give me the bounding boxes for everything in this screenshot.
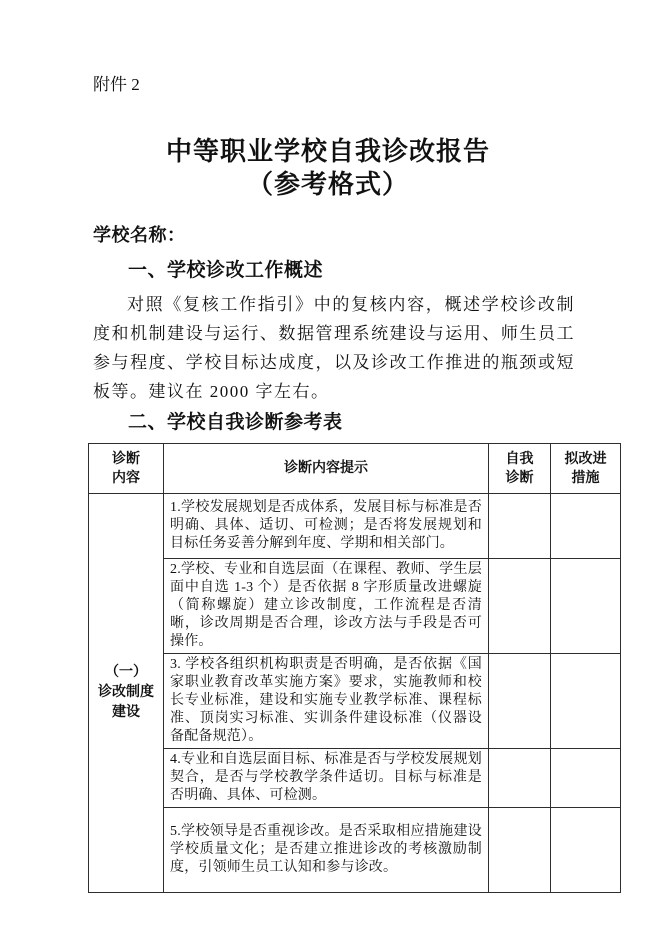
measures-cell [551,808,621,893]
prompt-cell: 1.学校发展规划是否成体系，发展目标与标准是否明确、具体、适切、可检测；是否将发… [164,494,489,559]
measures-cell [551,749,621,808]
attachment-label: 附件 2 [93,75,656,95]
table-row: 4.专业和自选层面目标、标准是否与学校发展规划契合，是否与学校教学条件适切。目标… [89,749,621,808]
prompt-cell: 2.学校、专业和自选层面（在课程、教师、学生层面中自选 1-3 个）是否依据 8… [164,559,489,654]
prompt-cell: 5.学校领导是否重视诊改。是否采取相应措施建设学校质量文化；是否建立推进诊改的考… [164,808,489,893]
section1-heading: 一、学校诊改工作概述 [128,259,656,283]
section1-paragraph: 对照《复核工作指引》中的复核内容，概述学校诊改制度和机制建设与运行、数据管理系统… [93,290,575,406]
document-title-line2: （参考格式） [0,168,656,201]
self-diagnosis-cell [489,749,551,808]
table-header-row: 诊断 内容 诊断内容提示 自我 诊断 拟改进 措施 [89,444,621,494]
section2-heading: 二、学校自我诊断参考表 [128,411,656,435]
table-row: （一） 诊改制度 建设 1.学校发展规划是否成体系，发展目标与标准是否明确、具体… [89,494,621,559]
header-diagnosis-content: 诊断 内容 [89,444,164,494]
document-title: 中等职业学校自我诊改报告 （参考格式） [0,135,656,201]
table-row: 2.学校、专业和自选层面（在课程、教师、学生层面中自选 1-3 个）是否依据 8… [89,559,621,654]
document-title-line1: 中等职业学校自我诊改报告 [0,135,656,168]
measures-cell [551,494,621,559]
header-diagnosis-prompt: 诊断内容提示 [164,444,489,494]
self-diagnosis-cell [489,559,551,654]
measures-cell [551,654,621,749]
self-diagnosis-cell [489,808,551,893]
header-improvement-measures: 拟改进 措施 [551,444,621,494]
header-self-diagnosis: 自我 诊断 [489,444,551,494]
school-name-label: 学校名称： [93,221,656,247]
row-group-label: （一） 诊改制度 建设 [89,494,164,893]
prompt-cell: 4.专业和自选层面目标、标准是否与学校发展规划契合，是否与学校教学条件适切。目标… [164,749,489,808]
self-diagnosis-table: 诊断 内容 诊断内容提示 自我 诊断 拟改进 措施 （一） 诊改制度 建设 1.… [88,443,621,893]
table-row: 5.学校领导是否重视诊改。是否采取相应措施建设学校质量文化；是否建立推进诊改的考… [89,808,621,893]
self-diagnosis-cell [489,654,551,749]
self-diagnosis-cell [489,494,551,559]
prompt-cell: 3. 学校各组织机构职责是否明确，是否依据《国家职业教育改革实施方案》要求，实施… [164,654,489,749]
measures-cell [551,559,621,654]
document-page: 附件 2 中等职业学校自我诊改报告 （参考格式） 学校名称： 一、学校诊改工作概… [0,75,656,893]
table-row: 3. 学校各组织机构职责是否明确，是否依据《国家职业教育改革实施方案》要求，实施… [89,654,621,749]
